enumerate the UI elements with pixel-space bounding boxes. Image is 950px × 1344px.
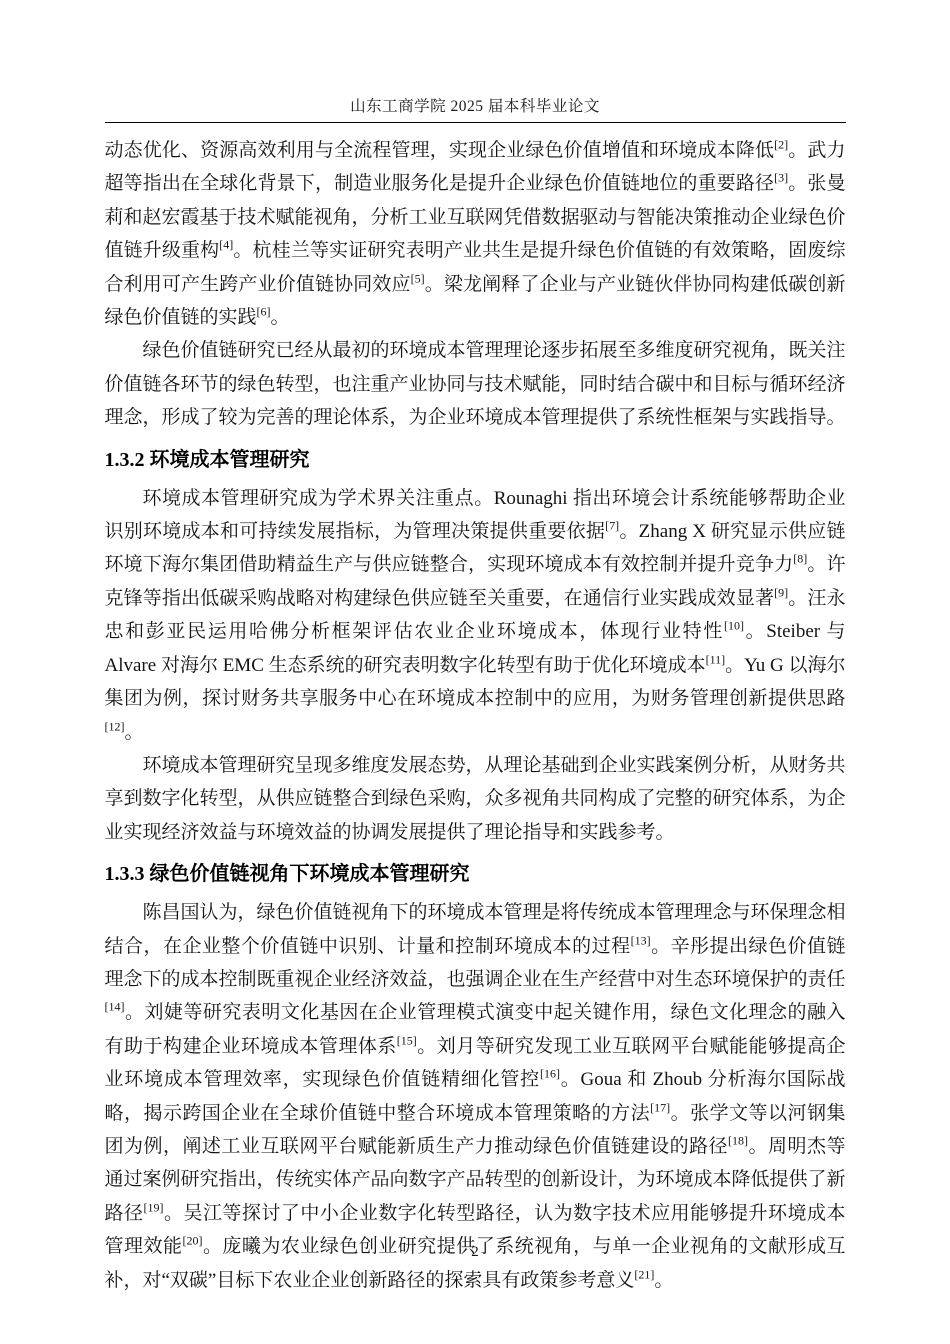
paragraph-continued: 动态优化、资源高效利用与全流程管理，实现企业绿色价值增值和环境成本降低[2]。武… — [105, 134, 846, 334]
header-title: 山东工商学院 2025 届本科毕业论文 — [350, 98, 600, 115]
citation-ref: [11] — [706, 652, 726, 666]
citation-ref: [15] — [397, 1033, 417, 1047]
citation-ref: [18] — [728, 1134, 748, 1148]
citation-ref: [5] — [411, 271, 425, 285]
citation-ref: [4] — [219, 238, 233, 252]
paragraph-env-cost-research: 环境成本管理研究成为学术界关注重点。Rounaghi 指出环境会计系统能够帮助企… — [105, 482, 846, 749]
citation-ref: [8] — [793, 552, 807, 566]
thesis-page: 山东工商学院 2025 届本科毕业论文 动态优化、资源高效利用与全流程管理，实现… — [0, 0, 950, 1344]
citation-ref: [10] — [724, 619, 744, 633]
page-footer: 2 — [0, 1244, 950, 1261]
citation-ref: [21] — [634, 1267, 654, 1281]
paragraph-env-cost-summary: 环境成本管理研究呈现多维度发展态势，从理论基础到企业实践案例分析，从财务共享到数… — [105, 749, 846, 849]
page-number: 2 — [471, 1244, 479, 1260]
citation-ref: [17] — [650, 1100, 670, 1114]
citation-ref: [6] — [257, 305, 271, 319]
page-header: 山东工商学院 2025 届本科毕业论文 — [105, 0, 846, 123]
citation-ref: [7] — [605, 519, 619, 533]
paragraph-gvc-env-cost-research: 陈昌国认为，绿色价值链视角下的环境成本管理是将传统成本管理理念与环保理念相结合，… — [105, 896, 846, 1297]
section-heading-1-3-3: 1.3.3 绿色价值链视角下环境成本管理研究 — [105, 858, 846, 891]
citation-ref: [9] — [774, 586, 788, 600]
citation-ref: [12] — [105, 719, 125, 733]
citation-ref: [19] — [143, 1200, 163, 1214]
citation-ref: [13] — [631, 933, 651, 947]
citation-ref: [2] — [774, 138, 788, 152]
citation-ref: [16] — [540, 1067, 560, 1081]
citation-ref: [3] — [774, 171, 788, 185]
paragraph-green-value-chain-summary: 绿色价值链研究已经从最初的环境成本管理理论逐步拓展至多维度研究视角，既关注价值链… — [105, 334, 846, 434]
document-body: 动态优化、资源高效利用与全流程管理，实现企业绿色价值增值和环境成本降低[2]。武… — [105, 123, 846, 1297]
citation-ref: [14] — [105, 1000, 125, 1014]
section-heading-1-3-2: 1.3.2 环境成本管理研究 — [105, 444, 846, 477]
